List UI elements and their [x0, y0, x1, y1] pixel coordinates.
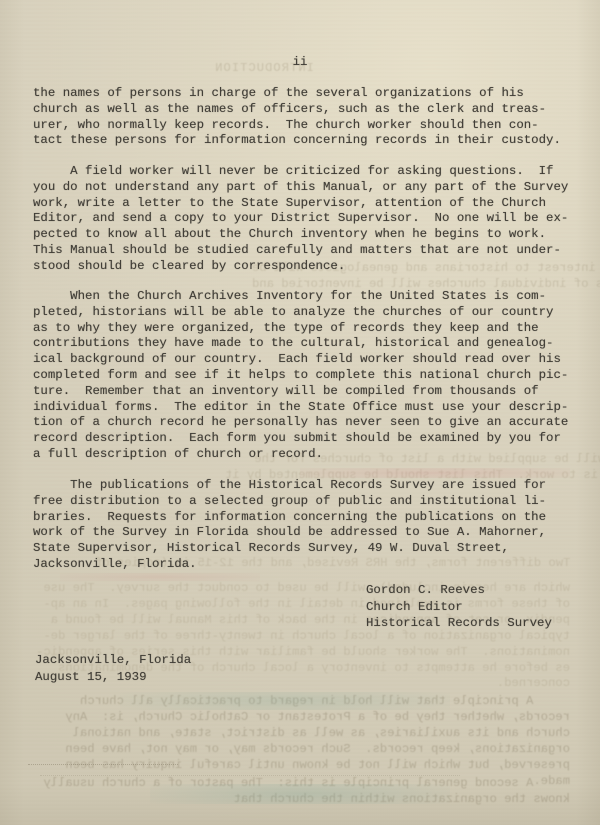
bleedthrough-second-principle-paragraph: A second general principle is this: The …	[33, 776, 570, 808]
page-number: ii	[0, 55, 600, 71]
paragraph-field-worker: A field worker will never be criticized …	[33, 164, 568, 275]
paragraph-church-archives-inventory: When the Church Archives Inventory for t…	[33, 289, 568, 463]
paragraph-names-of-persons: the names of persons in charge of the se…	[33, 86, 561, 149]
scanned-document-page: INTRODUCTION religious records of intere…	[0, 0, 600, 825]
pink-stain-small	[60, 573, 260, 581]
dotted-artifact-line	[28, 764, 178, 765]
paragraph-publications: The publications of the Historical Recor…	[33, 478, 546, 573]
dateline: Jacksonville, Florida August 15, 1939	[35, 652, 191, 686]
signature-block: Gordon C. Reeves Church Editor Historica…	[366, 582, 552, 632]
dotted-artifact-line-2	[40, 775, 460, 776]
